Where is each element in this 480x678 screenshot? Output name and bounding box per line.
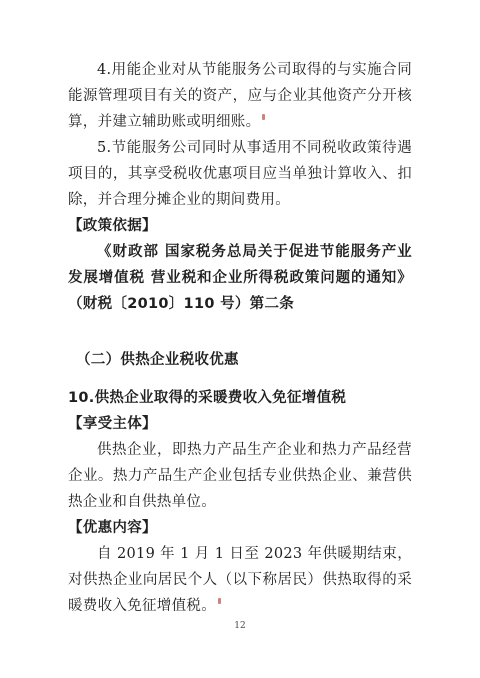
item-heading-10: 10.供热企业取得的采暖费收入免征增值税 bbox=[68, 385, 412, 411]
paragraph-item-4-text: 4.用能企业对从节能服务公司取得的与实施合同能源管理项目有关的资产，应与企业其他… bbox=[68, 62, 412, 130]
benefit-paragraph: 自 2019 年 1 月 1 日至 2023 年供暖期结束，对供热企业向居民个人… bbox=[68, 541, 412, 619]
paragraph-item-5-text: 5.节能服务公司同时从事适用不同税收政策待遇项目的，其享受税收优惠项目应当单独计… bbox=[68, 140, 412, 208]
benefit-paragraph-text: 自 2019 年 1 月 1 日至 2023 年供暖期结束，对供热企业向居民个人… bbox=[68, 546, 412, 614]
paragraph-item-5: 5.节能服务公司同时从事适用不同税收政策待遇项目的，其享受税收优惠项目应当单独计… bbox=[68, 135, 412, 213]
page-number: 12 bbox=[0, 620, 480, 632]
beneficiary-paragraph-text: 供热企业，即热力产品生产企业和热力产品经营企业。热力产品生产企业包括专业供热企业… bbox=[68, 442, 412, 510]
policy-basis-heading: 【政策依据】 bbox=[68, 213, 412, 239]
beneficiary-heading: 【享受主体】 bbox=[68, 411, 412, 437]
annotation-mark-icon bbox=[262, 114, 265, 120]
document-page: 4.用能企业对从节能服务公司取得的与实施合同能源管理项目有关的资产，应与企业其他… bbox=[0, 0, 480, 678]
policy-citation-text: 《财政部 国家税务总局关于促进节能服务产业发展增值税 营业税和企业所得税政策问题… bbox=[68, 244, 412, 312]
policy-citation: 《财政部 国家税务总局关于促进节能服务产业发展增值税 营业税和企业所得税政策问题… bbox=[68, 239, 412, 317]
benefit-heading: 【优惠内容】 bbox=[68, 515, 412, 541]
beneficiary-paragraph: 供热企业，即热力产品生产企业和热力产品经营企业。热力产品生产企业包括专业供热企业… bbox=[68, 437, 412, 515]
annotation-mark-icon bbox=[218, 598, 221, 604]
section-heading-supply-heat: （二）供热企业税收优惠 bbox=[68, 347, 412, 373]
paragraph-item-4: 4.用能企业对从节能服务公司取得的与实施合同能源管理项目有关的资产，应与企业其他… bbox=[68, 57, 412, 135]
